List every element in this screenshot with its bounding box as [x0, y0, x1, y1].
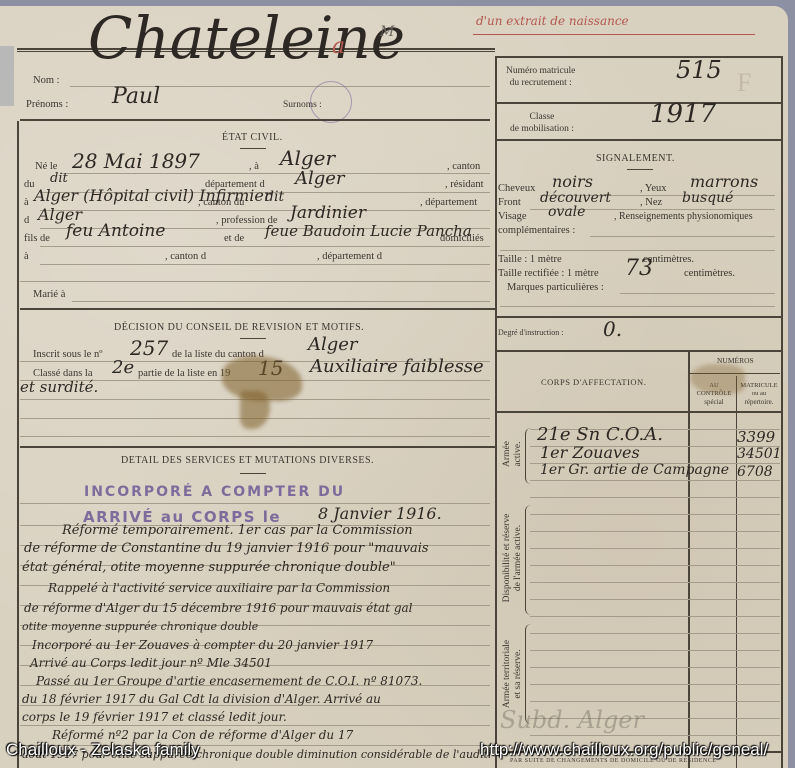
- svc-line-11: [20, 725, 490, 726]
- signalement-title: SIGNALEMENT.: [596, 153, 675, 164]
- fils-de-value: feu Antoine: [66, 221, 165, 241]
- front-label: Front: [498, 197, 521, 208]
- canton-du-label: , canton du: [198, 197, 244, 208]
- surname-value: Chateleine: [88, 4, 405, 72]
- matricule-col-line2: ou au: [737, 390, 781, 398]
- ne-le-value: 28 Mai 1897: [72, 149, 200, 173]
- matricule-value: 515: [676, 56, 722, 84]
- line-6: [40, 264, 490, 265]
- residant-label: , résidant: [445, 179, 484, 190]
- corps-line-5: [530, 497, 780, 498]
- matricule-label-line1: Numéro matricule: [506, 65, 575, 77]
- service-line-4: Rappelé à l'activité service auxiliaire …: [48, 581, 390, 595]
- sig-line-5: [620, 293, 775, 294]
- service-line-6: otite moyenne suppurée chronique double: [22, 620, 258, 633]
- du-value: dit: [50, 171, 68, 186]
- departement2-label: , département: [420, 197, 477, 208]
- taille-label: Taille : 1 mètre: [498, 254, 562, 265]
- corps-line-10: [530, 582, 780, 583]
- corps-row-2: 1er Zouaves: [540, 443, 640, 462]
- violet-stamp-circle: [310, 81, 352, 123]
- military-record-sheet: d'un extrait de naissance Chateleine a M…: [0, 6, 788, 768]
- canton-d-label: , canton d: [165, 251, 206, 262]
- cheveux-label: Cheveux: [498, 183, 535, 194]
- yeux-label: , Yeux: [640, 183, 667, 194]
- inscrit-value: 257: [130, 336, 168, 360]
- a2-label: à: [24, 251, 29, 262]
- disponibilite-line2: de l'armée active.: [513, 502, 524, 614]
- profession-value: Jardinier: [290, 203, 366, 223]
- line-8: [72, 301, 490, 302]
- conseil-bottom-rule: [20, 446, 495, 448]
- corps-line-16: [530, 684, 780, 685]
- conseil-underline: [240, 338, 266, 339]
- etat-civil-title: ÉTAT CIVIL.: [222, 132, 283, 143]
- line-7: [20, 281, 490, 282]
- matricule-col-line3: répertoire.: [737, 398, 781, 406]
- service-line-3: état général, otite moyenne suppurée chr…: [22, 560, 396, 575]
- classe-label-line2: de mobilisation :: [510, 123, 574, 135]
- letter-f: F: [737, 68, 751, 98]
- service-line-5: de réforme d'Alger du 15 décembre 1916 p…: [24, 601, 413, 615]
- nez-label: , Nez: [640, 197, 662, 208]
- conseil-title: DÉCISION DU CONSEIL DE REVISION ET MOTIF…: [114, 322, 364, 333]
- corps-line-9: [530, 565, 780, 566]
- matricule-label-line2: du recrutement :: [506, 77, 575, 89]
- right-top-rule: [495, 56, 781, 58]
- a-value: Alger: [280, 146, 335, 170]
- service-line-9: Passé au 1er Groupe d'artie encasernemen…: [36, 674, 422, 688]
- numeros-header-rule: [690, 411, 781, 413]
- service-line-11: corps le 19 février 1917 et classé ledit…: [22, 710, 287, 724]
- corps-line-8: [530, 548, 780, 549]
- line-5: [40, 246, 490, 247]
- corps-line-6: [530, 514, 780, 515]
- birth-extract-annotation: d'un extrait de naissance: [476, 14, 629, 28]
- motif-value: Auxiliaire faiblesse: [310, 356, 484, 377]
- et-de-label: et de: [224, 233, 244, 244]
- services-title: DETAIL DES SERVICES ET MUTATIONS DIVERSE…: [121, 455, 374, 466]
- degre-label: Degré d'instruction :: [498, 328, 563, 337]
- corps-header-rule: [495, 411, 688, 413]
- service-line-10: du 18 février 1917 du Gal Cdt la divisio…: [22, 692, 381, 706]
- degre-bottom-rule: [495, 350, 781, 352]
- degre-value: 0.: [603, 317, 622, 341]
- marques-label: Marques particulières :: [507, 282, 604, 293]
- du-label: du: [24, 179, 35, 190]
- disponibilite-label: Disponibilité et réserve de l'armée acti…: [502, 502, 524, 614]
- departement-value: Alger: [295, 168, 345, 189]
- disponibilite-line1: Disponibilité et réserve: [502, 502, 513, 614]
- left-border: [17, 121, 19, 768]
- corps-divider: [688, 352, 690, 768]
- prenoms-value: Paul: [112, 84, 160, 109]
- sig-line-6: [500, 306, 775, 307]
- arrive-date: 8 Janvier 1916.: [318, 504, 442, 523]
- liste-canton-value: Alger: [308, 334, 358, 355]
- renseignements-label: , Renseignements physionomiques: [614, 211, 753, 222]
- classe-label-line1: Classe: [510, 111, 574, 123]
- a-label: , à: [249, 161, 259, 172]
- taille-rectifiee-value: 73: [625, 256, 653, 281]
- corps-line-12: [530, 616, 780, 617]
- line-1: [60, 173, 490, 174]
- surname-correction: a: [332, 34, 345, 59]
- d-label: d: [24, 215, 29, 226]
- services-underline: [240, 473, 266, 474]
- signalement-bottom-rule: [495, 316, 781, 318]
- corps-line-19: [530, 735, 780, 736]
- sig-line-4: [500, 250, 775, 251]
- canton-label: , canton: [447, 161, 480, 172]
- brace-armee-active: [525, 428, 532, 484]
- armee-active-label: Armée active.: [502, 424, 524, 484]
- tape-mark: [0, 46, 14, 106]
- water-stain-tail: [240, 391, 270, 429]
- signalement-underline: [627, 169, 653, 170]
- service-line-1: Réformé temporairement. 1er cas par la C…: [62, 523, 413, 538]
- red-underline: [473, 34, 755, 35]
- complementaires-label: complémentaires :: [498, 225, 575, 236]
- watermark-url[interactable]: http://www.chailloux.org/public/geneal/: [480, 740, 768, 760]
- visage-label: Visage: [498, 211, 527, 222]
- nez-value: busqué: [682, 190, 733, 206]
- line-3: [40, 210, 490, 211]
- yeux-value: marrons: [690, 172, 758, 191]
- motif-value-2: et surdité.: [20, 378, 98, 396]
- partie-label: partie de la liste en 19: [138, 368, 230, 379]
- classe-label: Classe de mobilisation :: [510, 111, 574, 135]
- prenoms-label: Prénoms :: [26, 99, 68, 110]
- watermark-family: Chailloux - Zelaska family: [6, 740, 200, 760]
- classe-bottom-rule: [495, 139, 781, 141]
- matricule-row-2: 34501: [737, 446, 782, 462]
- corps-line-4: [530, 480, 780, 481]
- corps-line-15: [530, 667, 780, 668]
- armee-active-line1: Armée: [502, 424, 513, 484]
- incorpore-stamp: INCORPORÉ A COMPTER DU: [84, 484, 345, 500]
- nom-label: Nom :: [33, 75, 60, 86]
- classe-dans-value: 2e: [112, 357, 134, 378]
- corps-line-7: [530, 531, 780, 532]
- taille-rectifiee-label: Taille rectifiée : 1 mètre: [498, 268, 599, 279]
- corps-header: CORPS D'AFFECTATION.: [541, 377, 646, 387]
- residant-a-label: à: [24, 197, 29, 208]
- marie-label: Marié à: [33, 289, 65, 300]
- conseil-line-5: [20, 436, 490, 437]
- corps-line-17: [530, 701, 780, 702]
- faded-note: Subd. Alger: [500, 706, 644, 734]
- service-line-8: Arrivé au Corps ledit jour nº Mle 34501: [30, 656, 272, 670]
- etat-civil-underline: [240, 148, 266, 149]
- cheveux-value: noirs: [552, 172, 593, 191]
- corps-row-1: 21e Sn C.O.A.: [537, 424, 663, 445]
- corps-line-13: [530, 633, 780, 634]
- inscrit-label: Inscrit sous le nº: [33, 349, 102, 360]
- right-border: [781, 56, 783, 768]
- corps-line-14: [530, 650, 780, 651]
- svc-line-0: [20, 503, 490, 504]
- controle-line3: spécial: [694, 398, 734, 406]
- departement-d-label: , département d: [317, 251, 382, 262]
- classe-value: 1917: [650, 99, 716, 129]
- matricule-bottom-rule: [495, 102, 781, 104]
- matricule-row-1: 3399: [737, 428, 775, 446]
- taille-rectifiee-cm-label: centimètres.: [684, 268, 735, 279]
- brace-disponibilite: [525, 505, 532, 615]
- domicilies-label: domiciliés: [440, 233, 484, 244]
- corps-line-11: [530, 599, 780, 600]
- armee-active-line2: active.: [513, 424, 524, 484]
- service-line-2: de réforme de Constantine du 19 janvier …: [24, 541, 429, 556]
- fils-de-label: fils de: [24, 233, 50, 244]
- corps-row-3: 1er Gr. artie de Campagne: [540, 462, 729, 478]
- etat-civil-bottom-rule: [20, 308, 495, 310]
- canton-du-value: dit: [265, 189, 284, 205]
- mark-m: M: [380, 24, 394, 40]
- matricule-label: Numéro matricule du recrutement :: [506, 65, 575, 89]
- sig-line-3: [590, 236, 775, 237]
- name-bottom-rule: [20, 119, 490, 121]
- matricule-row-3: 6708: [737, 464, 773, 480]
- visage-value: ovale: [548, 204, 585, 220]
- service-line-7: Incorporé au 1er Zouaves à compter du 20…: [32, 638, 373, 652]
